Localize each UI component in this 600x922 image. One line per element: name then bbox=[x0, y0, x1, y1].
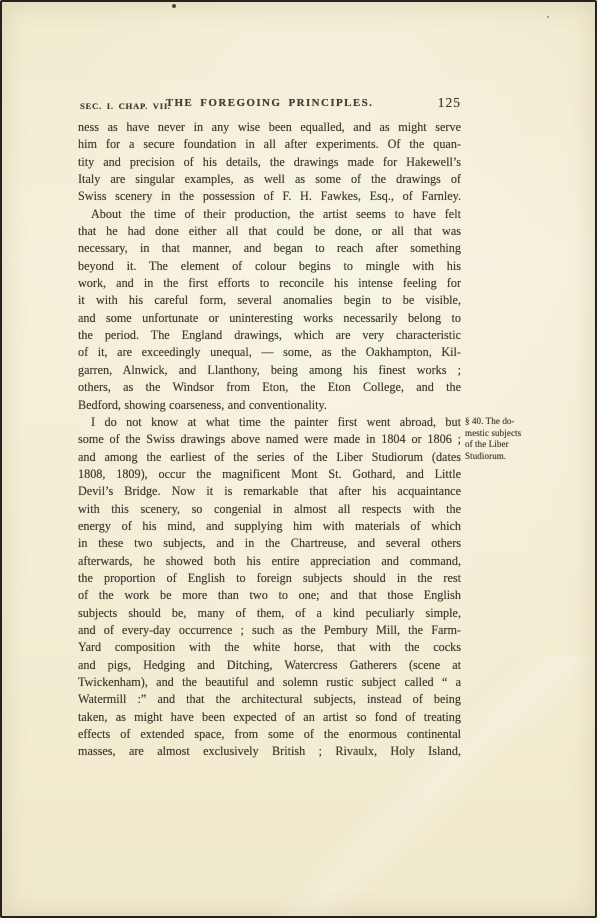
margin-note-line: mestic subjects bbox=[465, 428, 541, 440]
running-head-title: THE FOREGOING PRINCIPLES. bbox=[78, 97, 461, 109]
text-line: the proportion of English to foreign sub… bbox=[78, 570, 461, 587]
scan-speck bbox=[172, 4, 176, 8]
text-line: necessary, in that manner, and began to … bbox=[78, 240, 461, 257]
text-line: work, and in the first efforts to reconc… bbox=[78, 275, 461, 292]
text-line: masses, are almost exclusively British ;… bbox=[78, 743, 461, 760]
body-text: ness as have never in any wise been equa… bbox=[78, 119, 461, 761]
text-line: with this scenery, so congenial in almos… bbox=[78, 501, 461, 518]
text-line: ness as have never in any wise been equa… bbox=[78, 119, 461, 136]
text-line: beyond it. The element of colour begins … bbox=[78, 258, 461, 275]
text-line: Italy are singular examples, as well as … bbox=[78, 171, 461, 188]
text-line: Swiss scenery in the possession of F. H.… bbox=[78, 188, 461, 205]
margin-note-line: of the Liber bbox=[465, 439, 541, 451]
text-line: Twickenham), and the beautiful and solem… bbox=[78, 674, 461, 691]
text-line: of the work be more than two to one; and… bbox=[78, 587, 461, 604]
margin-note-line: Studiorum. bbox=[465, 451, 541, 463]
text-line: energy of his mind, and supplying him wi… bbox=[78, 518, 461, 535]
text-line: the period. The England drawings, which … bbox=[78, 327, 461, 344]
text-line: of it, are exceedingly unequal, — some, … bbox=[78, 344, 461, 361]
text-line: 1808, 1809), occur the magnificent Mont … bbox=[78, 466, 461, 483]
text-line: Watermill :” and that the architectural … bbox=[78, 691, 461, 708]
text-line: and pigs, Hedging and Ditching, Watercre… bbox=[78, 657, 461, 674]
text-line: and some unfortunate or uninteresting wo… bbox=[78, 310, 461, 327]
text-line: taken, as might have been expected of an… bbox=[78, 709, 461, 726]
text-line: garren, Alnwick, and Llanthony, being am… bbox=[78, 362, 461, 379]
text-line: Bedford, showing coarseness, and convent… bbox=[78, 397, 461, 414]
text-line: subjects should be, many of them, of a k… bbox=[78, 605, 461, 622]
text-line: it with his careful form, several anomal… bbox=[78, 292, 461, 309]
text-line: in these two subjects, and in the Chartr… bbox=[78, 535, 461, 552]
text-line: some of the Swiss drawings above named w… bbox=[78, 431, 461, 448]
text-line: him for a secure foundation in all after… bbox=[78, 136, 461, 153]
text-line: and of every-day occurrence ; such as th… bbox=[78, 622, 461, 639]
book-page: SEC. I. CHAP. VII. THE FOREGOING PRINCIP… bbox=[0, 0, 597, 918]
text-line: About the time of their production, the … bbox=[78, 206, 461, 223]
running-head: SEC. I. CHAP. VII. THE FOREGOING PRINCIP… bbox=[78, 97, 461, 113]
text-line: others, as the Windsor from Eton, the Et… bbox=[78, 379, 461, 396]
margin-note-line: § 40. The do- bbox=[465, 416, 541, 428]
text-line: afterwards, he showed both his entire ap… bbox=[78, 553, 461, 570]
text-line: Yard composition with the white horse, t… bbox=[78, 639, 461, 656]
text-line: tity and precision of his details, the d… bbox=[78, 154, 461, 171]
page-number: 125 bbox=[438, 95, 461, 111]
text-line: Devil’s Bridge. Now it is remarkable tha… bbox=[78, 483, 461, 500]
text-line: that he had done either all that could b… bbox=[78, 223, 461, 240]
text-line: and among the earliest of the series of … bbox=[78, 449, 461, 466]
text-line: effects of extended space, from some of … bbox=[78, 726, 461, 743]
text-line: I do not know at what time the painter f… bbox=[78, 414, 461, 431]
margin-note: § 40. The do-mestic subjectsof the Liber… bbox=[465, 416, 541, 462]
scan-speck bbox=[547, 16, 549, 18]
